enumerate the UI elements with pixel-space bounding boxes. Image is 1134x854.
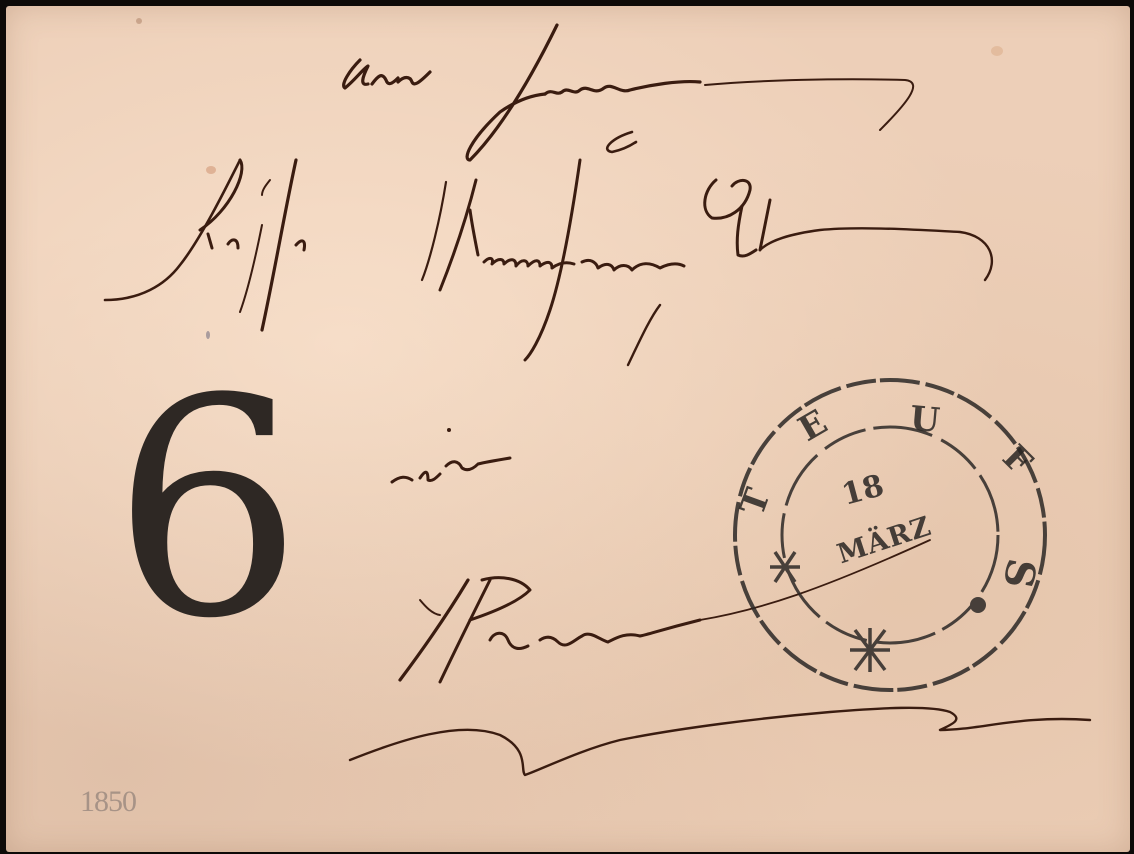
- pencil-year-note: 1850: [80, 785, 136, 819]
- address-line-3-strokes: [392, 428, 510, 482]
- postmark-letter: U: [908, 399, 941, 441]
- underline-flourish: [350, 708, 1090, 775]
- address-line-1-strokes: [344, 25, 913, 160]
- postage-rate-marking: 6: [112, 360, 303, 660]
